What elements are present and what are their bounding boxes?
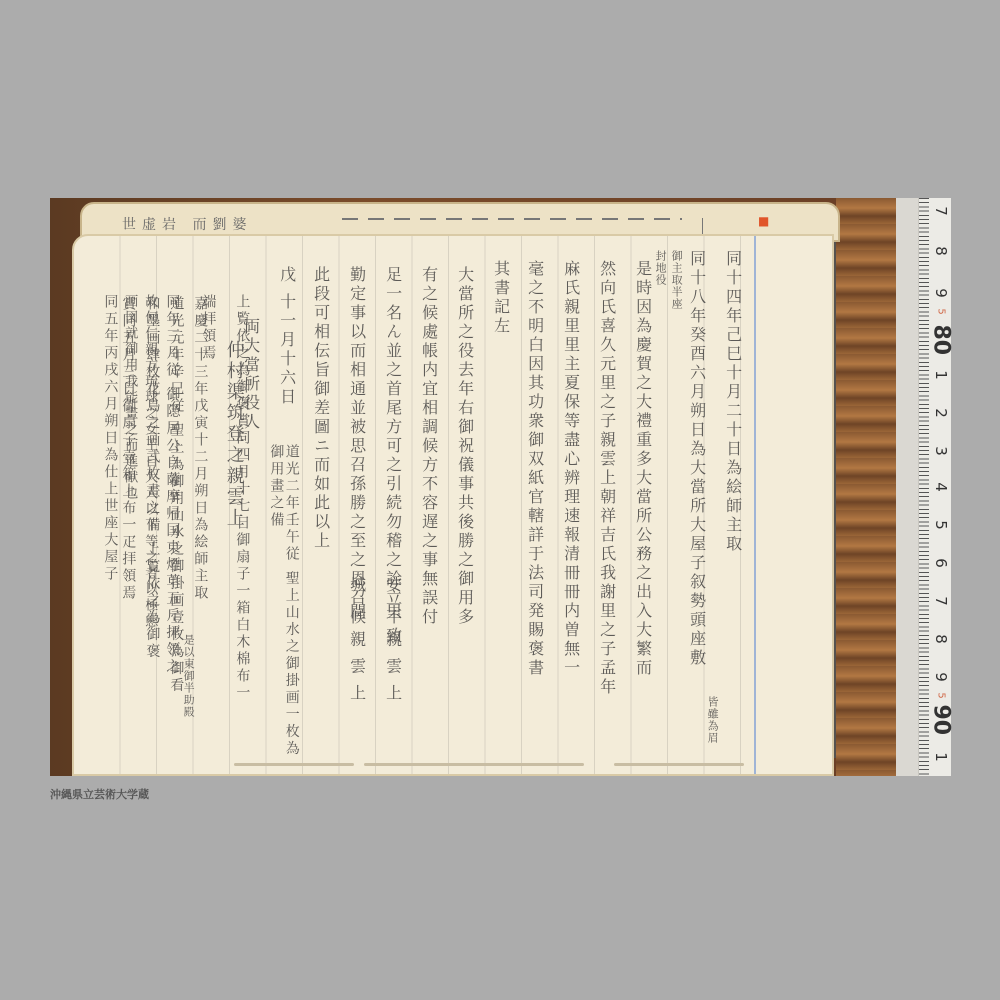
ruler-number-red: 5 bbox=[936, 302, 947, 322]
text-column: 麻氏親里里主夏保等盡心辨理速報清冊冊内曽無一 bbox=[562, 260, 580, 678]
text-column: 是時因為慶賀之大禮重多大當所公務之出入大繁而 bbox=[634, 260, 652, 678]
text-column: 道光二年壬午従 聖上山水之御掛画一枚為御用畫之備 bbox=[268, 444, 299, 774]
ruler-number: 8 bbox=[932, 241, 950, 261]
text-column: 大當所之役去年右御祝儀事共後勝之御用多 bbox=[456, 266, 474, 627]
left-page-columns: 道光二年壬午従 聖上山水之御掛画一枚為御用畫之備 上覧依之為御褒賞同四月十七日御… bbox=[72, 234, 372, 774]
ruler-number: 6 bbox=[932, 553, 950, 573]
text-column: 画図就御用我能畫之而進献也 bbox=[122, 294, 136, 502]
text-column: 端拝領焉 bbox=[200, 294, 215, 362]
ruler-number-major: 80 bbox=[929, 325, 954, 345]
ruler-number: 7 bbox=[932, 201, 950, 221]
ruler-number-major: 90 bbox=[929, 705, 954, 725]
ruler-number: 9 bbox=[932, 283, 950, 303]
text-column: 毫之不明白因其功衆御双紙官轄詳于法司発賜褒書 bbox=[526, 260, 544, 678]
measuring-ruler: 7 8 9 5 80 1 2 3 4 5 6 7 8 9 5 90 1 bbox=[918, 198, 951, 776]
text-column: 同五年丙戌六月朔日為仕上世座大屋子 bbox=[102, 294, 117, 583]
back-page-header-text: 世虚岩 而劉婆 bbox=[122, 214, 252, 234]
text-column: 同十八年癸酉六月朔日為大當所大屋子叙勢頭座敷 bbox=[688, 250, 706, 668]
ruler-number: 1 bbox=[932, 747, 950, 767]
ruler-number: 9 bbox=[932, 667, 950, 687]
ruler-ticks bbox=[919, 198, 929, 776]
text-column: 故何仁親方琉球之女王自大人以下等之者以極態 bbox=[142, 294, 156, 630]
ruler-number: 8 bbox=[932, 629, 950, 649]
binding-stitch bbox=[614, 763, 744, 766]
text-annotation: 封地役 bbox=[654, 250, 666, 286]
page-margin-line bbox=[754, 236, 756, 774]
text-column: 同年三月従 御隠居公自薩摩帰国東煙草五斤拝領之 bbox=[164, 294, 179, 675]
ruler-number: 3 bbox=[932, 441, 950, 461]
text-column: 上覧依之為御褒賞同四月十七日御扇子一箱白木棉布一 bbox=[234, 294, 249, 702]
ruler-number: 1 bbox=[932, 365, 950, 385]
ruler-number: 2 bbox=[932, 403, 950, 423]
back-page-dashes bbox=[342, 218, 682, 220]
ruler-number: 5 bbox=[932, 515, 950, 535]
text-annotation: 皆雖為眉 bbox=[706, 696, 718, 744]
text-annotation: 御主取半座 bbox=[670, 250, 682, 310]
notebook-spine-binding bbox=[836, 198, 896, 776]
text-annotation: 是以東御半助殿 bbox=[182, 634, 194, 718]
text-column: 其書記左 bbox=[492, 260, 510, 336]
ruler-number: 4 bbox=[932, 477, 950, 497]
ruler-number-red: 5 bbox=[936, 686, 947, 706]
binding-stitch bbox=[364, 763, 584, 766]
ruler-number: 7 bbox=[932, 591, 950, 611]
ruler-gap bbox=[896, 198, 918, 776]
signature-column: 安 里 親 雲 上 bbox=[384, 576, 402, 703]
red-seal-stamp: ■ bbox=[758, 214, 769, 228]
text-column: 有之候處帳内宜相調候方不容遅之事無誤付 bbox=[420, 266, 438, 627]
collection-credit-caption: 沖縄県立芸術大学蔵 bbox=[50, 786, 149, 802]
text-column: 然向氏喜久元里之子親雲上朝祥吉氏我謝里之子孟年 bbox=[598, 260, 616, 697]
text-column: 同十四年己巳十月二十日為絵師主取 bbox=[724, 250, 742, 554]
